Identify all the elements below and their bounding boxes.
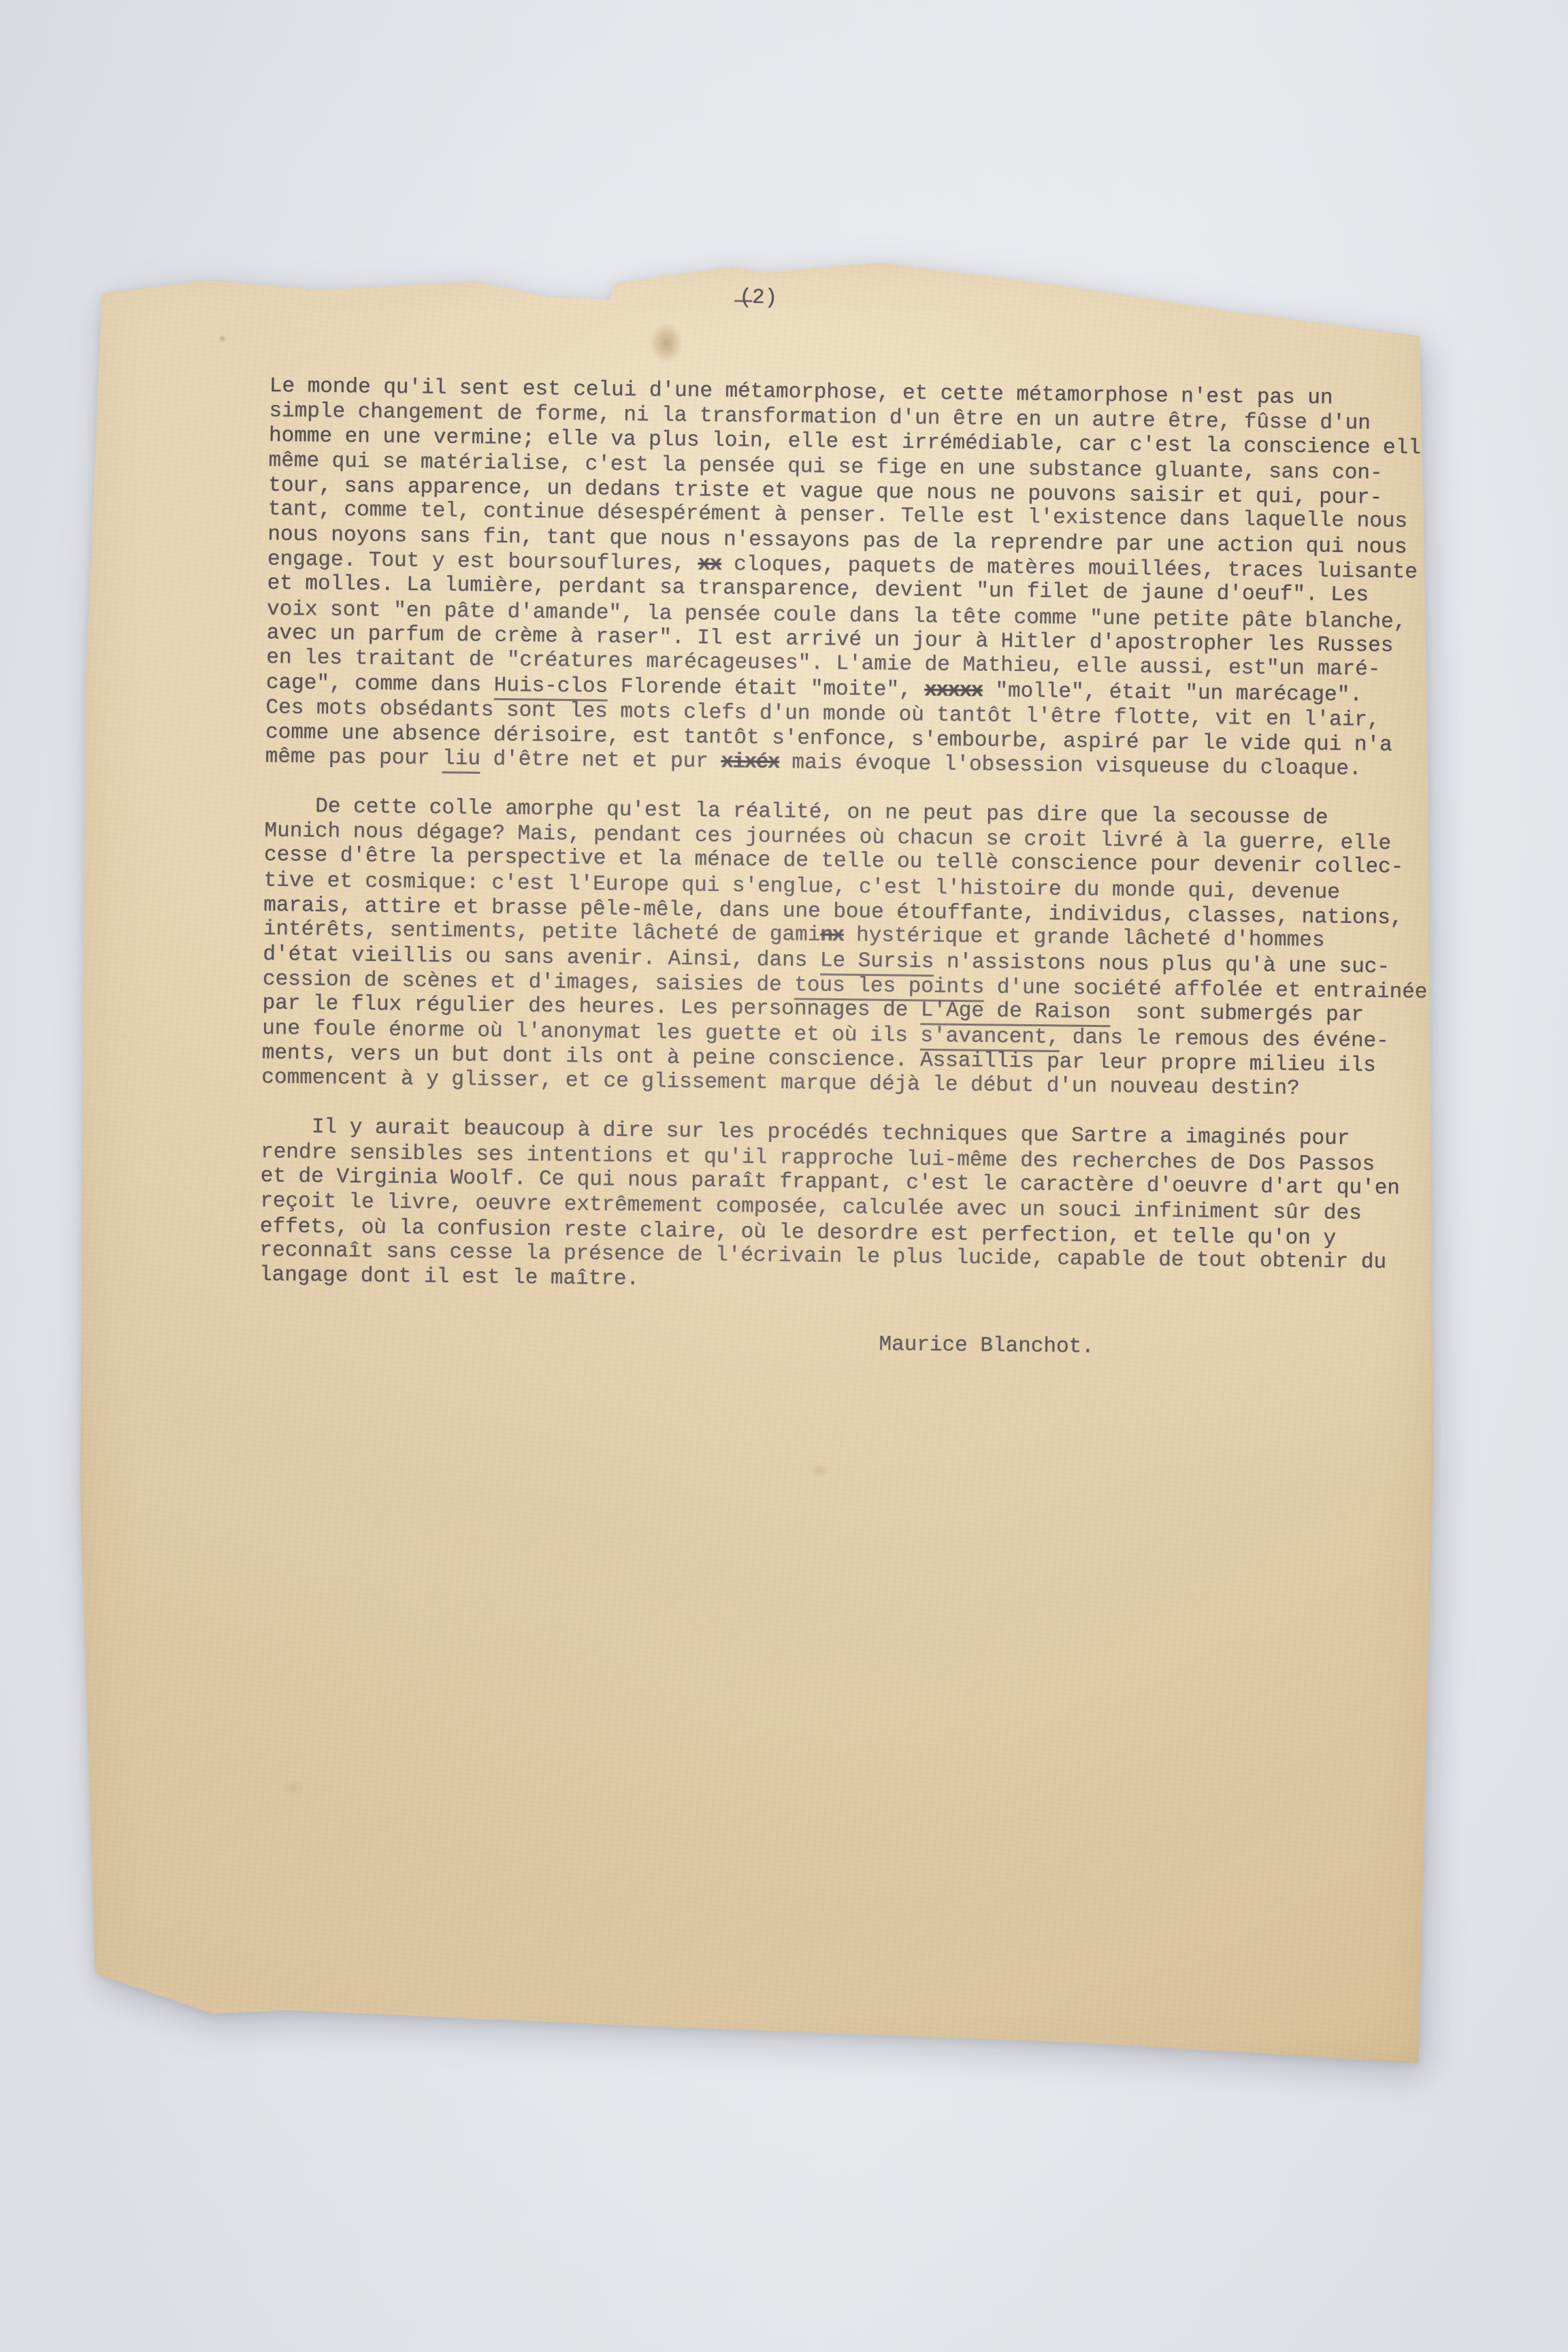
struck-text: xx (698, 553, 721, 576)
struck-text: xixéx (721, 751, 779, 775)
text-segment: même pas pour (265, 745, 442, 771)
struck-text: nx (820, 924, 844, 947)
text-segment: dans le remous des événe- (1060, 1026, 1389, 1053)
body-text: Le monde qu'il sent est celui d'une méta… (259, 374, 1435, 1365)
typewritten-content: (2) Le monde qu'il sent est celui d'une … (77, 250, 1435, 2078)
text-segment: d'être net et pur (480, 748, 721, 774)
text-segment: sont submergés par (1111, 1000, 1364, 1027)
underlined-text: s'avancent, (920, 1024, 1060, 1052)
text-segment: n'assistons nous plus qu'à une suc- (934, 950, 1390, 979)
underlined-text: Le Sursis (820, 949, 934, 977)
paper-shadow: (2) Le monde qu'il sent est celui d'une … (77, 250, 1435, 2078)
paragraph: Le monde qu'il sent est celui d'une méta… (265, 374, 1435, 783)
page-number: (2) (739, 286, 777, 310)
scan-background: (2) Le monde qu'il sent est celui d'une … (0, 0, 1568, 2352)
struck-text: xxxxx (924, 679, 983, 703)
underlined-text: Huis-clos (494, 673, 608, 701)
paragraph: De cette colle amorphe qu'est la réalité… (261, 794, 1435, 1105)
paragraph: Il y aurait beaucoup à dire sur les proc… (259, 1115, 1435, 1301)
underlined-text: liu (442, 747, 480, 774)
text-segment: langage dont il est le maître. (259, 1263, 639, 1291)
manuscript-paper: (2) Le monde qu'il sent est celui d'une … (77, 250, 1435, 2078)
underlined-text: L'Age de Raison (921, 998, 1111, 1027)
text-segment: cage", comme dans (266, 671, 494, 698)
text-segment: intérêts, sentiments, petite lâcheté de … (263, 917, 821, 947)
paragraphs: Le monde qu'il sent est celui d'une méta… (259, 374, 1435, 1301)
text-segment: hystérique et grande lâcheté d'hommes (843, 924, 1324, 953)
signature: Maurice Blanchot. (879, 1333, 1435, 1365)
text-segment: "molle", était "un marécage". (983, 679, 1362, 706)
text-segment: Florende était "moite", (608, 674, 924, 702)
